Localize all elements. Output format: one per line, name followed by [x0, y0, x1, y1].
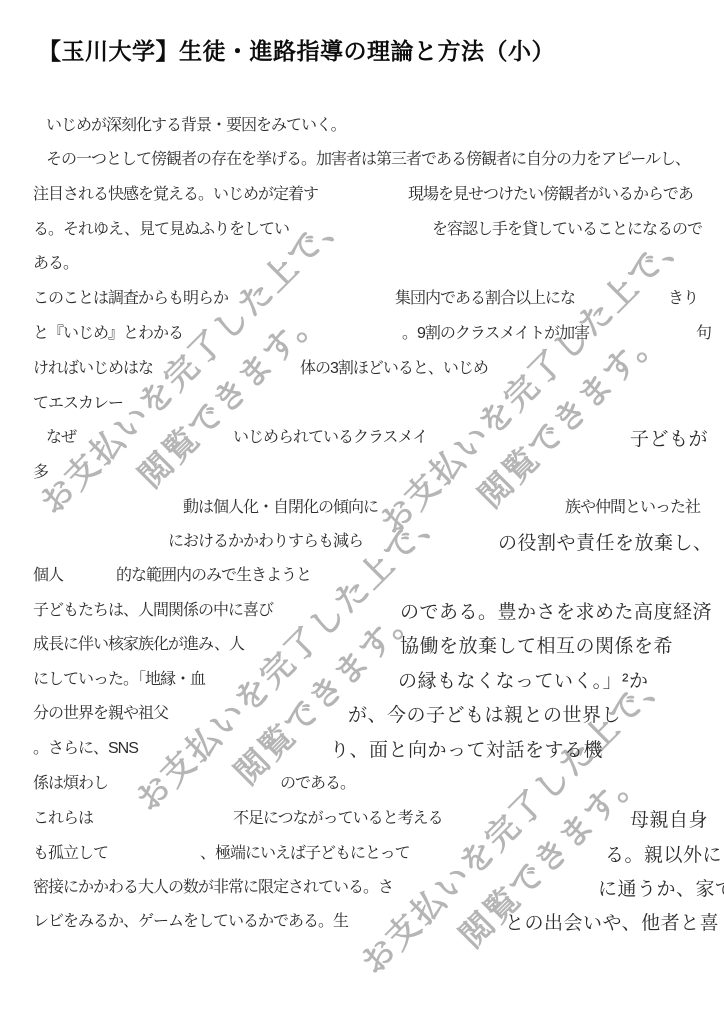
text-fragment: 個人 — [33, 562, 63, 585]
text-fragment: レビをみるか、ゲームをしているかである。生 — [33, 908, 348, 931]
text-fragment: に通うか、家でテ — [598, 874, 724, 901]
text-fragment: 句 — [696, 320, 711, 343]
text-fragment: このことは調査からも明らか — [33, 285, 228, 308]
text-fragment: 子どもたちは、人間関係の中に喜び — [33, 597, 273, 620]
text-line: 分の世界を親や祖父が、今の子どもは親との世界し — [0, 700, 724, 724]
text-line: その一つとして傍観者の存在を挙げる。加害者は第三者である傍観者に自分の力をアピー… — [0, 146, 724, 170]
text-fragment: 体の3割ほどいると、いじめ — [300, 355, 488, 378]
text-line: におけるかかわりすらも減らの役割や責任を放棄し、 — [0, 528, 724, 552]
text-fragment: 係は煩わし — [33, 770, 108, 793]
text-line: ければいじめはな体の3割ほどいると、いじめ — [0, 355, 724, 379]
text-line: いじめが深刻化する背景・要因をみていく。 — [0, 112, 724, 136]
text-fragment: 成長に伴い核家族化が進み、人 — [33, 631, 244, 654]
text-line: 個人的な範囲内のみで生きようと — [0, 562, 724, 586]
document-body: いじめが深刻化する背景・要因をみていく。その一つとして傍観者の存在を挙げる。加害… — [0, 0, 724, 1024]
text-fragment: その一つとして傍観者の存在を挙げる。加害者は第三者である傍観者に自分の力をアピー… — [46, 146, 690, 169]
text-line: このことは調査からも明らか集団内である割合以上になきり — [0, 285, 724, 309]
text-fragment: 族や仲間といった社 — [565, 494, 700, 517]
text-line: 動は個人化・自閉化の傾向に族や仲間といった社 — [0, 494, 724, 518]
text-fragment: てエスカレー — [33, 390, 123, 413]
text-fragment: 分の世界を親や祖父 — [33, 700, 168, 723]
text-fragment: を容認し手を貸していることになるので — [432, 216, 702, 239]
text-fragment: 、極端にいえば子どもにとって — [200, 840, 410, 863]
text-fragment: 子どもが — [630, 424, 708, 451]
text-line: なぜいじめられているクラスメイ子どもが — [0, 424, 724, 448]
text-fragment: 。さらに、SNS — [33, 735, 138, 758]
text-line: 子どもたちは、人間関係の中に喜びのである。豊かさを求めた高度経済 — [0, 597, 724, 621]
text-fragment: と『いじめ』とわかる — [33, 320, 183, 343]
text-line: 成長に伴い核家族化が進み、人協働を放棄して相互の関係を希 — [0, 631, 724, 655]
text-line: る。それゆえ、見て見ぬふりをしていを容認し手を貸していることになるので — [0, 216, 724, 240]
text-fragment: 注目される快感を覚える。いじめが定着す — [33, 181, 318, 204]
text-fragment: 多 — [33, 459, 48, 482]
text-fragment: ければいじめはな — [33, 355, 153, 378]
text-line: にしていった。「地縁・血の縁もなくなっていく。」²か — [0, 666, 724, 690]
text-fragment: る。親以外に — [605, 840, 722, 867]
text-line: と『いじめ』とわかる。9割のクラスメイトが加害句 — [0, 320, 724, 344]
text-fragment: きり — [668, 285, 698, 308]
text-fragment: の縁もなくなっていく。」²か — [398, 666, 648, 693]
text-line: レビをみるか、ゲームをしているかである。生との出会いや、他者と喜 — [0, 908, 724, 932]
text-fragment: いじめられているクラスメイ — [233, 424, 427, 447]
text-fragment: 現場を見せつけたい傍観者がいるからであ — [408, 181, 693, 204]
text-line: も孤立して、極端にいえば子どもにとってる。親以外に — [0, 840, 724, 864]
text-fragment: これらは — [33, 805, 93, 828]
text-fragment: 集団内である割合以上にな — [395, 285, 575, 308]
text-fragment: る。それゆえ、見て見ぬふりをしてい — [33, 216, 289, 239]
text-fragment: り、面と向かって対話をする機 — [330, 735, 603, 762]
text-line: 係は煩わしのである。 — [0, 770, 724, 794]
text-line: 注目される快感を覚える。いじめが定着す現場を見せつけたい傍観者がいるからであ — [0, 181, 724, 205]
text-fragment: いじめが深刻化する背景・要因をみていく。 — [46, 112, 346, 135]
text-fragment: にしていった。「地縁・血 — [33, 666, 205, 689]
text-fragment: のである。 — [280, 770, 355, 793]
text-fragment: 。9割のクラスメイトが加害 — [402, 320, 589, 343]
text-line: てエスカレー — [0, 390, 724, 414]
text-fragment: との出会いや、他者と喜 — [505, 908, 719, 935]
text-fragment: ある。 — [33, 250, 78, 273]
text-line: これらは不足につながっていると考える母親自身 — [0, 805, 724, 829]
text-fragment: の役割や責任を放棄し、 — [498, 528, 713, 555]
text-fragment: が、今の子どもは親との世界し — [348, 700, 621, 727]
text-line: ある。 — [0, 250, 724, 274]
text-fragment: 密接にかかわる大人の数が非常に限定されている。さ — [33, 874, 393, 897]
text-line: 多 — [0, 459, 724, 483]
text-fragment: におけるかかわりすらも減ら — [168, 528, 363, 551]
text-fragment: 母親自身 — [630, 805, 708, 832]
text-fragment: のである。豊かさを求めた高度経済 — [400, 597, 712, 624]
text-fragment: も孤立して — [33, 840, 108, 863]
text-fragment: 協働を放棄して相互の関係を希 — [400, 631, 673, 658]
text-line: 密接にかかわる大人の数が非常に限定されている。さに通うか、家でテ — [0, 874, 724, 898]
document-page: お支払いを完了した上で、閲覧できます。お支払いを完了した上で、閲覧できます。お支… — [0, 0, 724, 1024]
text-fragment: 動は個人化・自閉化の傾向に — [183, 494, 378, 517]
text-line: 。さらに、SNSり、面と向かって対話をする機 — [0, 735, 724, 759]
text-fragment: 的な範囲内のみで生きようと — [116, 562, 311, 585]
text-fragment: なぜ — [46, 424, 76, 447]
text-fragment: 不足につながっていると考える — [233, 805, 443, 828]
